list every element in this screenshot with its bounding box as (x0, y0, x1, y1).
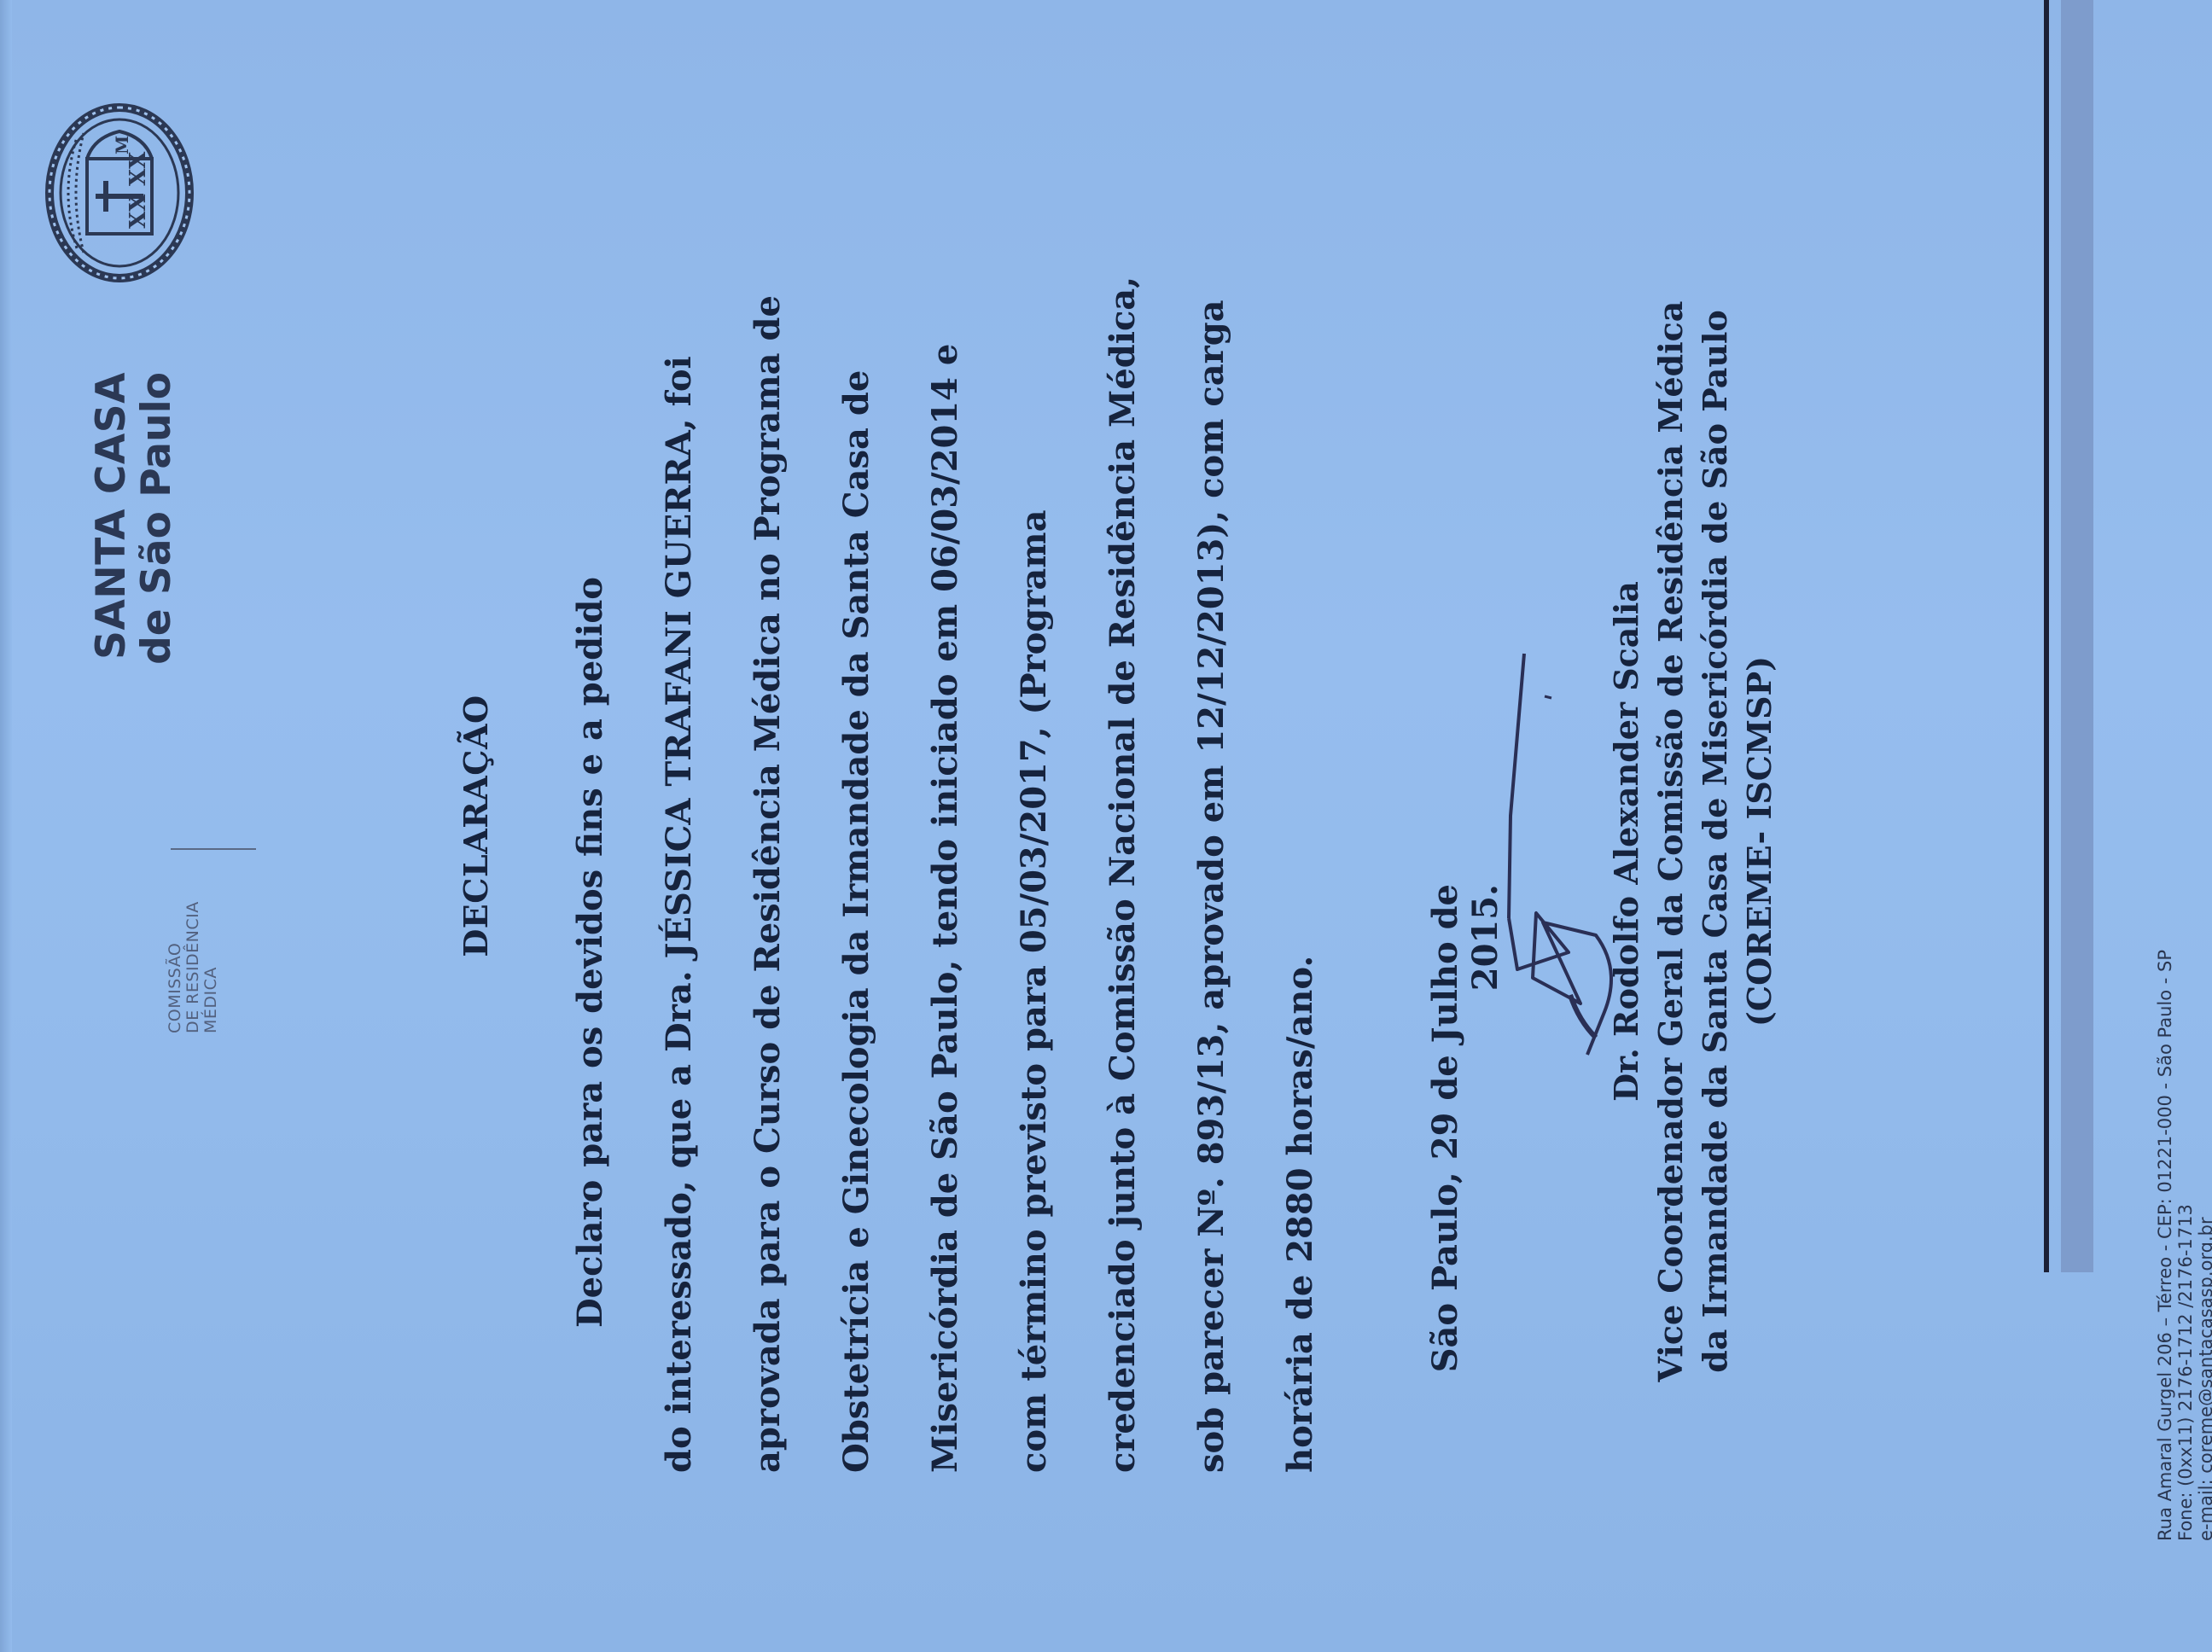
body-line: Obstetrícia e Ginecologia da Irmandade d… (812, 577, 901, 1473)
body-line: com términо previsto para 05/03/2017, (P… (990, 577, 1079, 1473)
svg-text:XX: XX (125, 194, 151, 229)
footer-phone: Fone: (0xx11) 2176-1712 /2176-1713 (2175, 773, 2196, 1541)
declaration-document-page: XX XX M SANTA CASA de São Paulo COMISSÃO… (0, 0, 2212, 1652)
footer-shade-band (2061, 0, 2093, 1272)
signer-name: Dr. Rodolfo Alexander Scalia (1604, 31, 1649, 1652)
body-line: sob parecer Nº. 893/13, aprovado em 12/1… (1167, 577, 1256, 1473)
svg-text:XX: XX (125, 151, 151, 186)
place-and-date: São Paulo, 29 de Julho de 2015. (1425, 577, 1505, 1430)
footer-email: e-mail: coreme@santacasasp.org.br (2196, 773, 2212, 1541)
footer-contact: Rua Amaral Gurgel 206 – Térreo - CEP: 01… (2155, 773, 2212, 1541)
commission-line-2: DE RESIDÊNCIA (184, 863, 202, 1033)
signer-role-line: da Irmandade da Santa Casa de Misericórd… (1693, 31, 1738, 1652)
document-title: DECLARAÇÃO (457, 0, 495, 1652)
body-line: credenciado junto à Comissão Nacional de… (1079, 577, 1167, 1473)
brand-name: SANTA CASA de São Paulo (90, 372, 180, 884)
body-line: do interessado, que a Dra. JÉSSICA TRAFA… (635, 577, 724, 1473)
signer-role-line: (COREME- ISCMSP) (1738, 31, 1782, 1652)
commission-line-1: COMISSÃO (166, 863, 184, 1033)
declaration-body: Declaro para os devidos fins e a pedido … (546, 577, 1345, 1473)
brand-line-1: SANTA CASA (90, 372, 134, 884)
svg-text:M: M (112, 136, 132, 154)
commission-line-3: MÉDICA (202, 863, 220, 1033)
signer-role-line: Vice Coordenador Geral da Comissão de Re… (1649, 31, 1693, 1652)
body-line: Misericórdia de São Paulo, tendo iniciad… (901, 577, 990, 1473)
body-line: horária de 2880 horas/ano. (1256, 577, 1345, 1473)
body-line: Declaro para os devidos fins e a pedido (546, 577, 635, 1473)
brand-line-2: de São Paulo (134, 372, 180, 884)
body-line: aprovada para o Curso de Residência Médi… (724, 577, 812, 1473)
commission-label: COMISSÃO DE RESIDÊNCIA MÉDICA (166, 863, 220, 1033)
header-divider (171, 848, 256, 850)
footer-rule (2044, 0, 2049, 1272)
footer-address: Rua Amaral Gurgel 206 – Térreo - CEP: 01… (2155, 773, 2175, 1541)
signer-block: Dr. Rodolfo Alexander Scalia Vice Coorde… (1604, 31, 1782, 1652)
page-edge (0, 0, 12, 1652)
